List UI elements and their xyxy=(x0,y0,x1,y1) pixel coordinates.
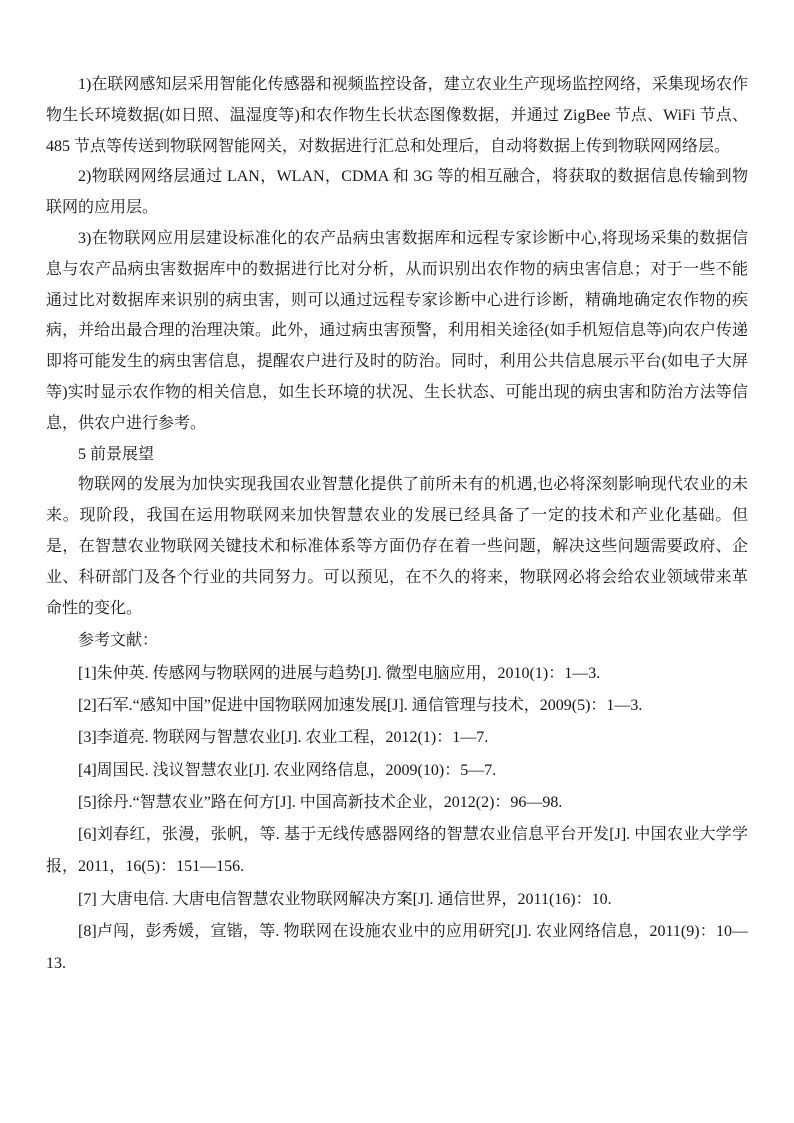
references-heading: 参考文献： xyxy=(46,625,748,657)
reference-item-3: [3]李道亮. 物联网与智慧农业[J]. 农业工程，2012(1)：1—7. xyxy=(46,722,748,754)
paragraph-application-layer: 3)在物联网应用层建设标准化的农产品病虫害数据库和远程专家诊断中心,将现场采集的… xyxy=(46,224,748,440)
section-heading-prospects: 5 前景展望 xyxy=(46,440,748,471)
reference-item-5: [5]徐丹.“智慧农业”路在何方[J]. 中国高新技术企业，2012(2)：96… xyxy=(46,787,748,819)
references-section: 参考文献： [1]朱仲英. 传感网与物联网的进展与趋势[J]. 微型电脑应用，2… xyxy=(46,625,748,980)
reference-item-4: [4]周国民. 浅议智慧农业[J]. 农业网络信息，2009(10)：5—7. xyxy=(46,755,748,787)
reference-item-2: [2]石军.“感知中国”促进中国物联网加速发展[J]. 通信管理与技术，2009… xyxy=(46,690,748,722)
reference-item-7: [7] 大唐电信. 大唐电信智慧农业物联网解决方案[J]. 通信世界，2011(… xyxy=(46,884,748,916)
paragraph-prospects: 物联网的发展为加快实现我国农业智慧化提供了前所未有的机遇,也必将深刻影响现代农业… xyxy=(46,470,748,624)
paragraph-network-layer: 2)物联网网络层通过 LAN，WLAN，CDMA 和 3G 等的相互融合，将获取… xyxy=(46,162,748,224)
main-text-section: 1)在联网感知层采用智能化传感器和视频监控设备，建立农业生产现场监控网络，采集现… xyxy=(46,70,748,624)
reference-item-1: [1]朱仲英. 传感网与物联网的进展与趋势[J]. 微型电脑应用，2010(1)… xyxy=(46,658,748,690)
reference-item-6: [6]刘春红，张漫，张帆，等. 基于无线传感器网络的智慧农业信息平台开发[J].… xyxy=(46,819,748,884)
reference-item-8: [8]卢闯，彭秀媛，宣锴，等. 物联网在设施农业中的应用研究[J]. 农业网络信… xyxy=(46,916,748,981)
paragraph-perception-layer: 1)在联网感知层采用智能化传感器和视频监控设备，建立农业生产现场监控网络，采集现… xyxy=(46,70,748,162)
document-page: 1)在联网感知层采用智能化传感器和视频监控设备，建立农业生产现场监控网络，采集现… xyxy=(0,0,794,1123)
